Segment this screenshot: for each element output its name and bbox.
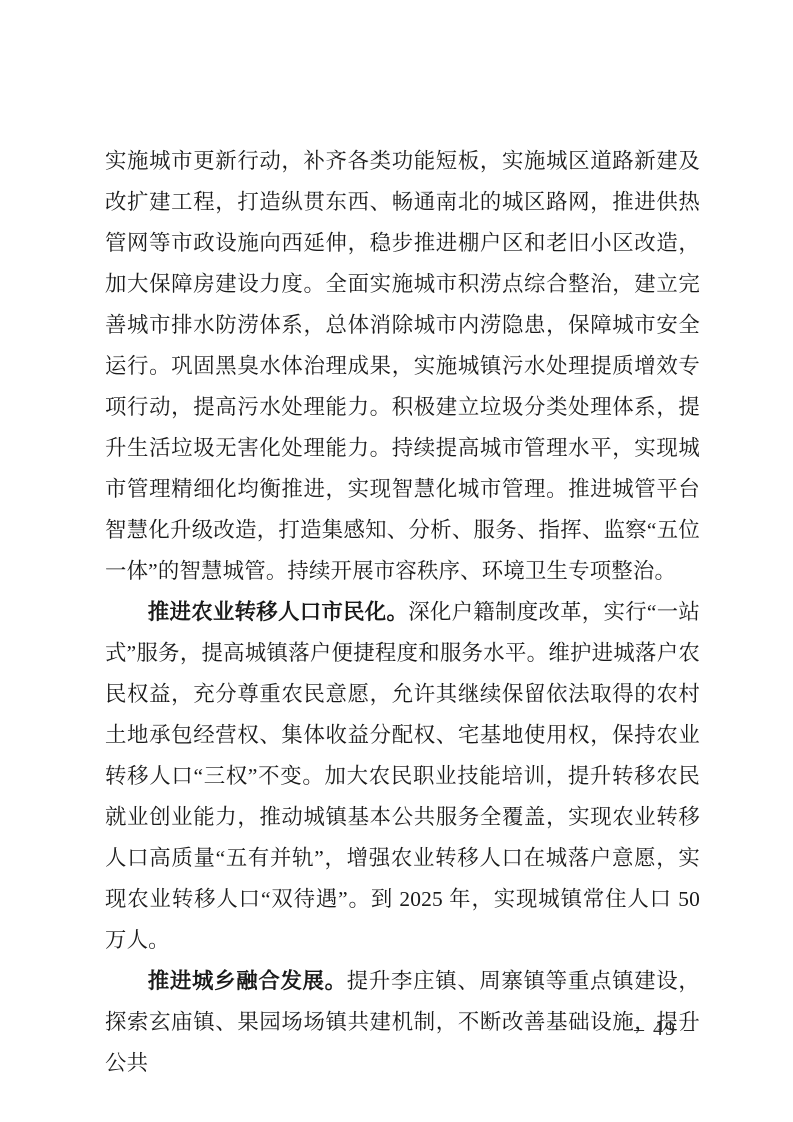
page-number: – 49 –: [620, 1016, 710, 1042]
paragraph: 推进农业转移人口市民化。深化户籍制度改革，实行“一站式”服务，提高城镇落户便捷程…: [105, 592, 700, 961]
paragraph-text: 深化户籍制度改革，实行“一站式”服务，提高城镇落户便捷程度和服务水平。维护进城落…: [105, 600, 700, 952]
paragraph-text: 实施城市更新行动，补齐各类功能短板，实施城区道路新建及改扩建工程，打造纵贯东西、…: [105, 149, 700, 583]
paragraph-lead: 推进城乡融合发展。: [148, 969, 347, 993]
paragraph: 推进城乡融合发展。提升李庄镇、周寨镇等重点镇建设，探索玄庙镇、果园场场镇共建机制…: [105, 961, 700, 1084]
document-page: 实施城市更新行动，补齐各类功能短板，实施城区道路新建及改扩建工程，打造纵贯东西、…: [0, 0, 793, 1122]
document-body: 实施城市更新行动，补齐各类功能短板，实施城区道路新建及改扩建工程，打造纵贯东西、…: [105, 141, 700, 1084]
paragraph-lead: 推进农业转移人口市民化。: [148, 600, 408, 624]
paragraph: 实施城市更新行动，补齐各类功能短板，实施城区道路新建及改扩建工程，打造纵贯东西、…: [105, 141, 700, 592]
